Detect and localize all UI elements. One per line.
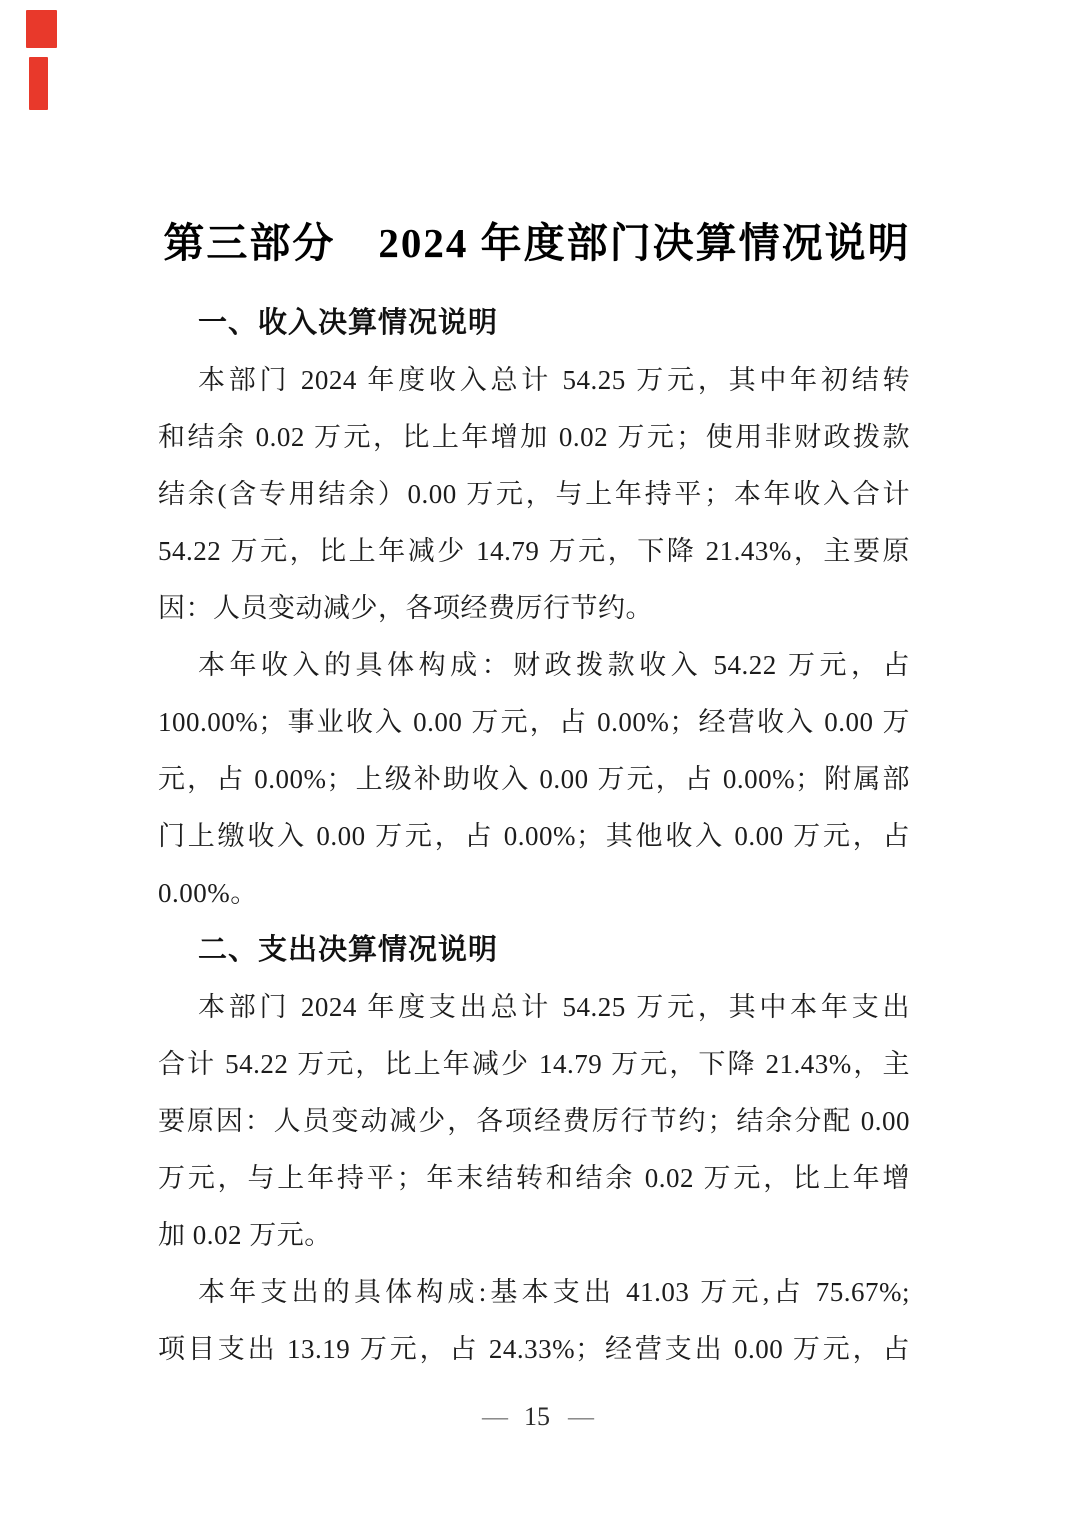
red-stamp-fragment-bottom xyxy=(29,57,48,110)
text-line: 门上缴收入 0.00 万元，占 0.00%；其他收入 0.00 万元，占 xyxy=(158,808,910,865)
text-line: 加 0.02 万元。 xyxy=(158,1207,910,1264)
text-line: 元，占 0.00%；上级补助收入 0.00 万元，占 0.00%；附属部 xyxy=(158,751,910,808)
paragraph-expenditure-total: 本部门 2024 年度支出总计 54.25 万元，其中本年支出合计 54.22 … xyxy=(158,979,910,1264)
document-page: 第三部分 2024 年度部门决算情况说明 一、收入决算情况说明 本部门 2024… xyxy=(0,0,1074,1520)
paragraph-income-total: 本部门 2024 年度收入总计 54.25 万元，其中年初结转和结余 0.02 … xyxy=(158,352,910,637)
document-body: 一、收入决算情况说明 本部门 2024 年度收入总计 54.25 万元，其中年初… xyxy=(158,295,910,1378)
text-line: 合计 54.22 万元，比上年减少 14.79 万元，下降 21.43%，主 xyxy=(158,1036,910,1093)
text-line: 和结余 0.02 万元，比上年增加 0.02 万元；使用非财政拨款 xyxy=(158,409,910,466)
text-line: 本年收入的具体构成：财政拨款收入 54.22 万元，占 xyxy=(158,637,910,694)
paragraph-expenditure-composition: 本年支出的具体构成:基本支出 41.03 万元,占 75.67%;项目支出 13… xyxy=(158,1264,910,1378)
text-line: 结余(含专用结余）0.00 万元，与上年持平；本年收入合计 xyxy=(158,466,910,523)
text-line: 项目支出 13.19 万元，占 24.33%；经营支出 0.00 万元，占 xyxy=(158,1321,910,1378)
text-line: 万元，与上年持平；年末结转和结余 0.02 万元，比上年增 xyxy=(158,1150,910,1207)
footer-right-dash: — xyxy=(568,1402,592,1431)
text-line: 本部门 2024 年度收入总计 54.25 万元，其中年初结转 xyxy=(158,352,910,409)
footer-page-number: 15 xyxy=(524,1402,550,1431)
text-line: 0.00%。 xyxy=(158,865,910,922)
page-number: —15— xyxy=(0,1402,1074,1432)
section-heading-expenditure: 二、支出决算情况说明 xyxy=(158,922,910,979)
text-line: 要原因：人员变动减少，各项经费厉行节约；结余分配 0.00 xyxy=(158,1093,910,1150)
red-stamp-fragment-top xyxy=(26,10,57,48)
paragraph-income-composition: 本年收入的具体构成：财政拨款收入 54.22 万元，占100.00%；事业收入 … xyxy=(158,637,910,922)
footer-left-dash: — xyxy=(482,1402,506,1431)
text-line: 54.22 万元，比上年减少 14.79 万元，下降 21.43%，主要原 xyxy=(158,523,910,580)
section-heading-income: 一、收入决算情况说明 xyxy=(158,295,910,352)
text-line: 本年支出的具体构成:基本支出 41.03 万元,占 75.67%; xyxy=(158,1264,910,1321)
text-line: 因：人员变动减少，各项经费厉行节约。 xyxy=(158,580,910,637)
page-title: 第三部分 2024 年度部门决算情况说明 xyxy=(0,210,1074,269)
text-line: 本部门 2024 年度支出总计 54.25 万元，其中本年支出 xyxy=(158,979,910,1036)
text-line: 100.00%；事业收入 0.00 万元，占 0.00%；经营收入 0.00 万 xyxy=(158,694,910,751)
